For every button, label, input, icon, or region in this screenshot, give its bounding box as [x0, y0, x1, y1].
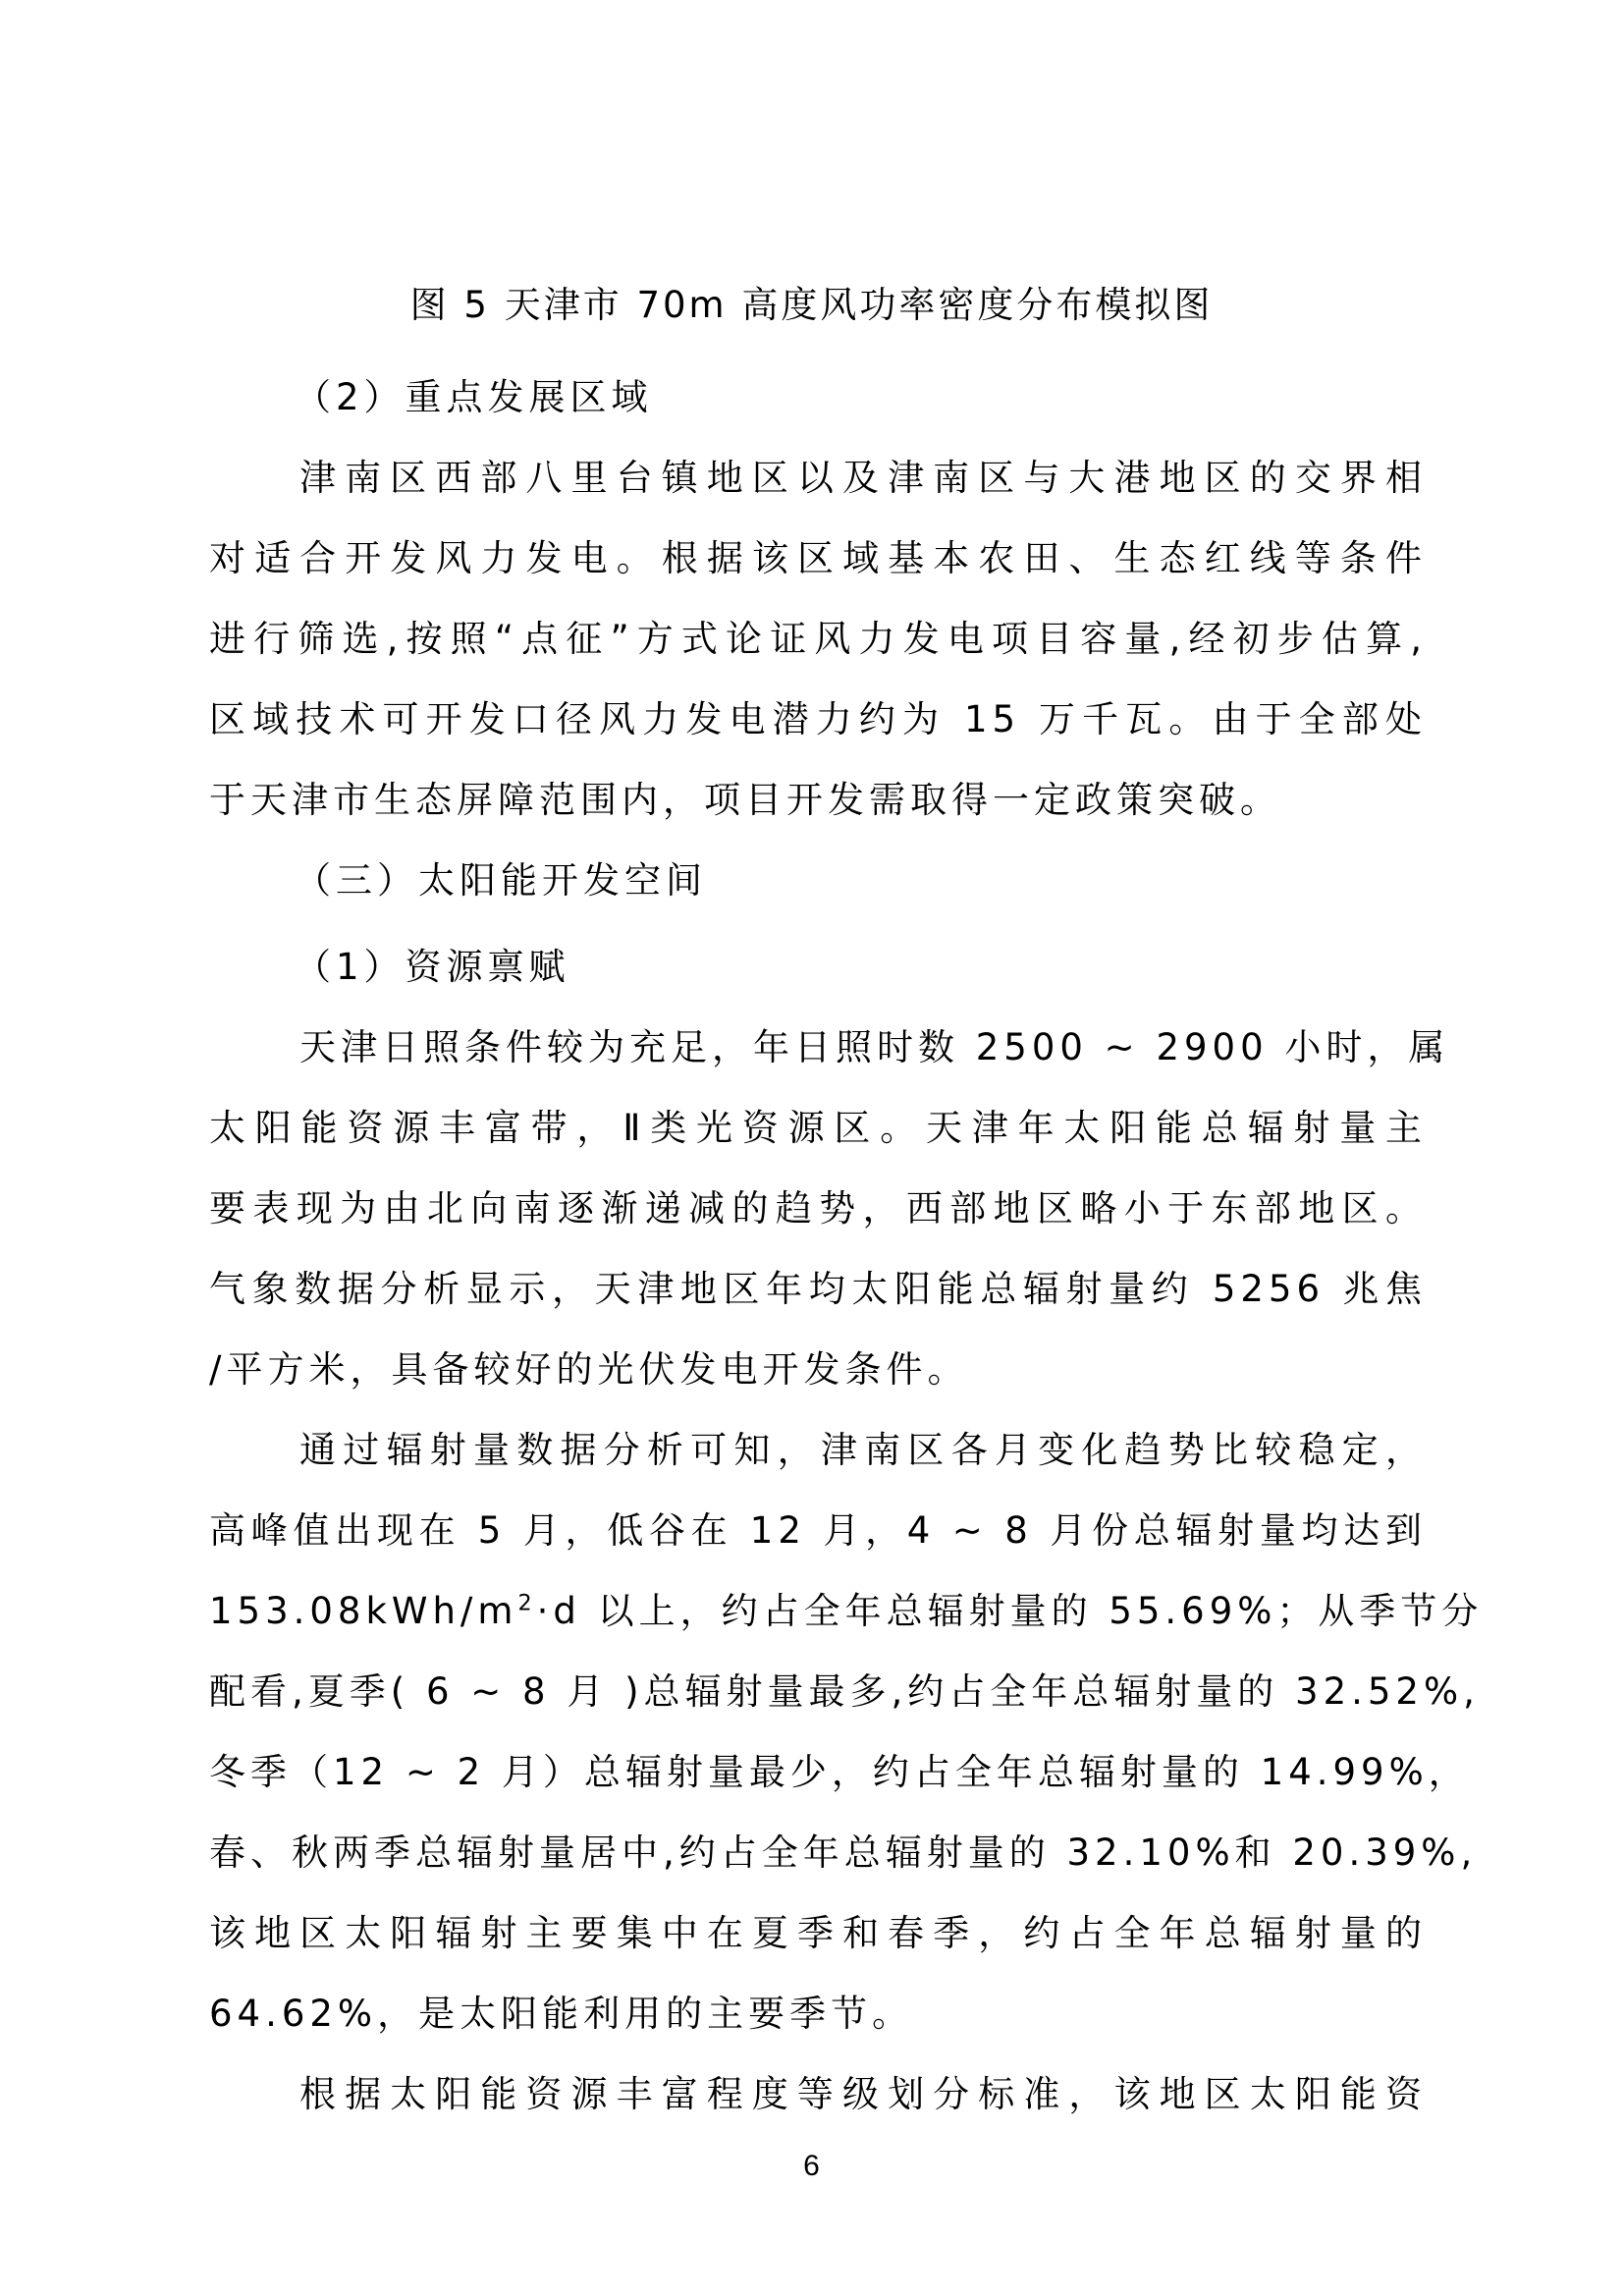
paragraph-line: /平方米，具备较好的光伏发电开发条件。	[209, 1345, 1427, 1394]
paragraph-line: 对适合开发风力发电。根据该区域基本农田、生态红线等条件	[209, 534, 1427, 583]
section-heading-resource: （1）资源禀赋	[295, 943, 570, 992]
paragraph-line-with-unit: 153.08kWh/m2·d 以上，约占全年总辐射量的 55.69%；从季节分	[209, 1587, 1427, 1636]
paragraph-line: 该地区太阳辐射主要集中在夏季和春季，约占全年总辐射量的	[209, 1909, 1427, 1958]
paragraph-text: ·d 以上，约占全年总辐射量的 55.69%；从季节分	[537, 1590, 1484, 1632]
paragraph-line: 根据太阳能资源丰富程度等级划分标准，该地区太阳能资	[299, 2070, 1427, 2119]
paragraph-line: 配看,夏季( 6 ~ 8 月 )总辐射量最多,约占全年总辐射量的 32.52%,	[209, 1667, 1427, 1717]
paragraph-line: 于天津市生态屏障范围内，项目开发需取得一定政策突破。	[209, 776, 1427, 825]
paragraph-line: 津南区西部八里台镇地区以及津南区与大港地区的交界相	[299, 454, 1427, 503]
figure-caption: 图 5 天津市 70m 高度风功率密度分布模拟图	[0, 281, 1623, 330]
paragraph-line: 太阳能资源丰富带，Ⅱ类光资源区。天津年太阳能总辐射量主	[209, 1104, 1427, 1153]
paragraph-line: 通过辐射量数据分析可知，津南区各月变化趋势比较稳定，	[299, 1426, 1427, 1475]
page-number: 6	[0, 2147, 1623, 2186]
section-heading-key-area: （2）重点发展区域	[295, 373, 653, 422]
unit-text: 153.08kWh/m	[209, 1590, 517, 1632]
paragraph-line: 气象数据分析显示，天津地区年均太阳能总辐射量约 5256 兆焦	[209, 1265, 1427, 1314]
paragraph-line: 冬季（12 ~ 2 月）总辐射量最少，约占全年总辐射量的 14.99%，	[209, 1748, 1427, 1797]
document-page: 图 5 天津市 70m 高度风功率密度分布模拟图 （2）重点发展区域 津南区西部…	[0, 0, 1623, 2296]
paragraph-line: 春、秋两季总辐射量居中,约占全年总辐射量的 32.10%和 20.39%,	[209, 1829, 1427, 1878]
paragraph-line: 64.62%，是太阳能利用的主要季节。	[209, 1990, 1427, 2039]
paragraph-line: 要表现为由北向南逐渐递减的趋势，西部地区略小于东部地区。	[209, 1184, 1427, 1233]
paragraph-line: 区域技术可开发口径风力发电潜力约为 15 万千瓦。由于全部处	[209, 695, 1427, 744]
unit-superscript: 2	[517, 1591, 536, 1616]
section-heading-solar: （三）太阳能开发空间	[295, 856, 707, 905]
paragraph-line: 高峰值出现在 5 月，低谷在 12 月，4 ~ 8 月份总辐射量均达到	[209, 1506, 1427, 1556]
paragraph-line: 进行筛选,按照“点征”方式论证风力发电项目容量,经初步估算,	[209, 615, 1427, 664]
paragraph-line: 天津日照条件较为充足，年日照时数 2500 ~ 2900 小时，属	[299, 1023, 1427, 1072]
